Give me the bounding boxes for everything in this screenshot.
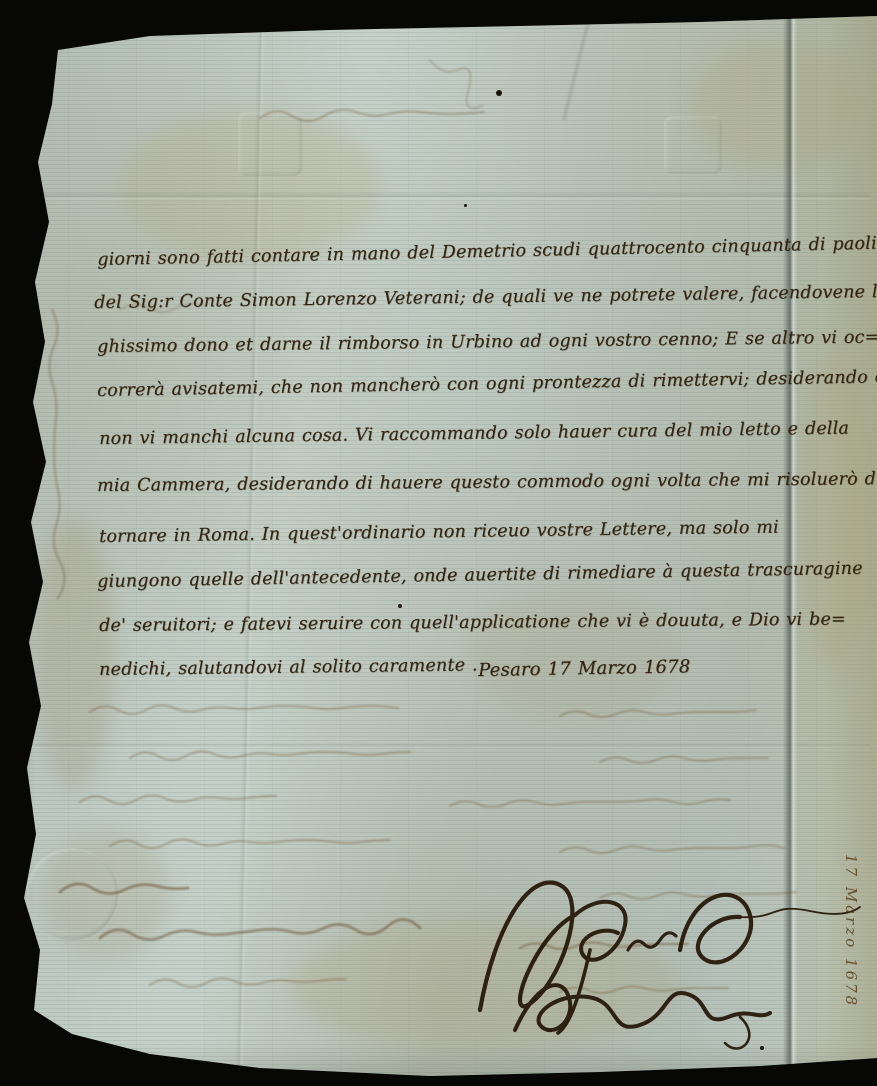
ink-speck (760, 1046, 764, 1050)
ink-speck (496, 90, 502, 96)
signature-flourish: flourished autograph signature (440, 855, 870, 1065)
letter-sheet: giorni sono fatti contare in mano del De… (0, 0, 877, 1086)
ink-speck (398, 604, 402, 608)
ink-speck (464, 204, 467, 207)
dateline: Pesaro 17 Marzo 1678 (478, 656, 691, 681)
photograph: giorni sono fatti contare in mano del De… (0, 0, 877, 1086)
docket-date-vertical: 17 Marzo 1678 (842, 854, 860, 1008)
